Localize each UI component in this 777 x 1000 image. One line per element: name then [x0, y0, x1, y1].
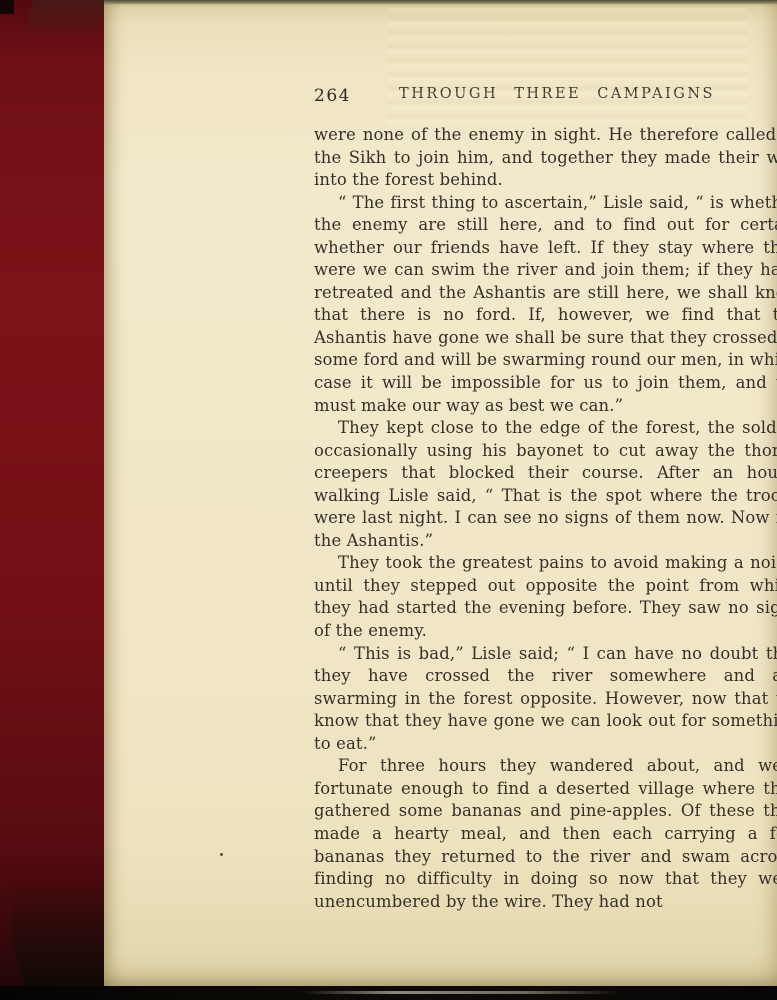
paragraph: They took the greatest pains to avoid ma…: [314, 552, 777, 642]
book-page: 264 THROUGH THREE CAMPAIGNS were none of…: [104, 0, 777, 986]
page-number: 264: [314, 86, 351, 106]
page-text-block: were none of the enemy in sight. He ther…: [314, 124, 777, 913]
paragraph: “ The first thing to ascertain,” Lisle s…: [314, 192, 777, 417]
paragraph: “ This is bad,” Lisle said; “ I can have…: [314, 643, 777, 756]
running-title: THROUGH THREE CAMPAIGNS: [314, 86, 777, 102]
paragraph: They kept close to the edge of the fores…: [314, 417, 777, 552]
stacked-page-edges: [0, 0, 108, 1000]
paragraph: For three hours they wandered about, and…: [314, 755, 777, 913]
shadow-under-book: [0, 986, 777, 1000]
paper-speck: [220, 853, 223, 856]
paragraph: were none of the enemy in sight. He ther…: [314, 124, 777, 192]
running-head: 264 THROUGH THREE CAMPAIGNS: [314, 86, 777, 106]
book-page-scan: 264 THROUGH THREE CAMPAIGNS were none of…: [0, 0, 777, 1000]
